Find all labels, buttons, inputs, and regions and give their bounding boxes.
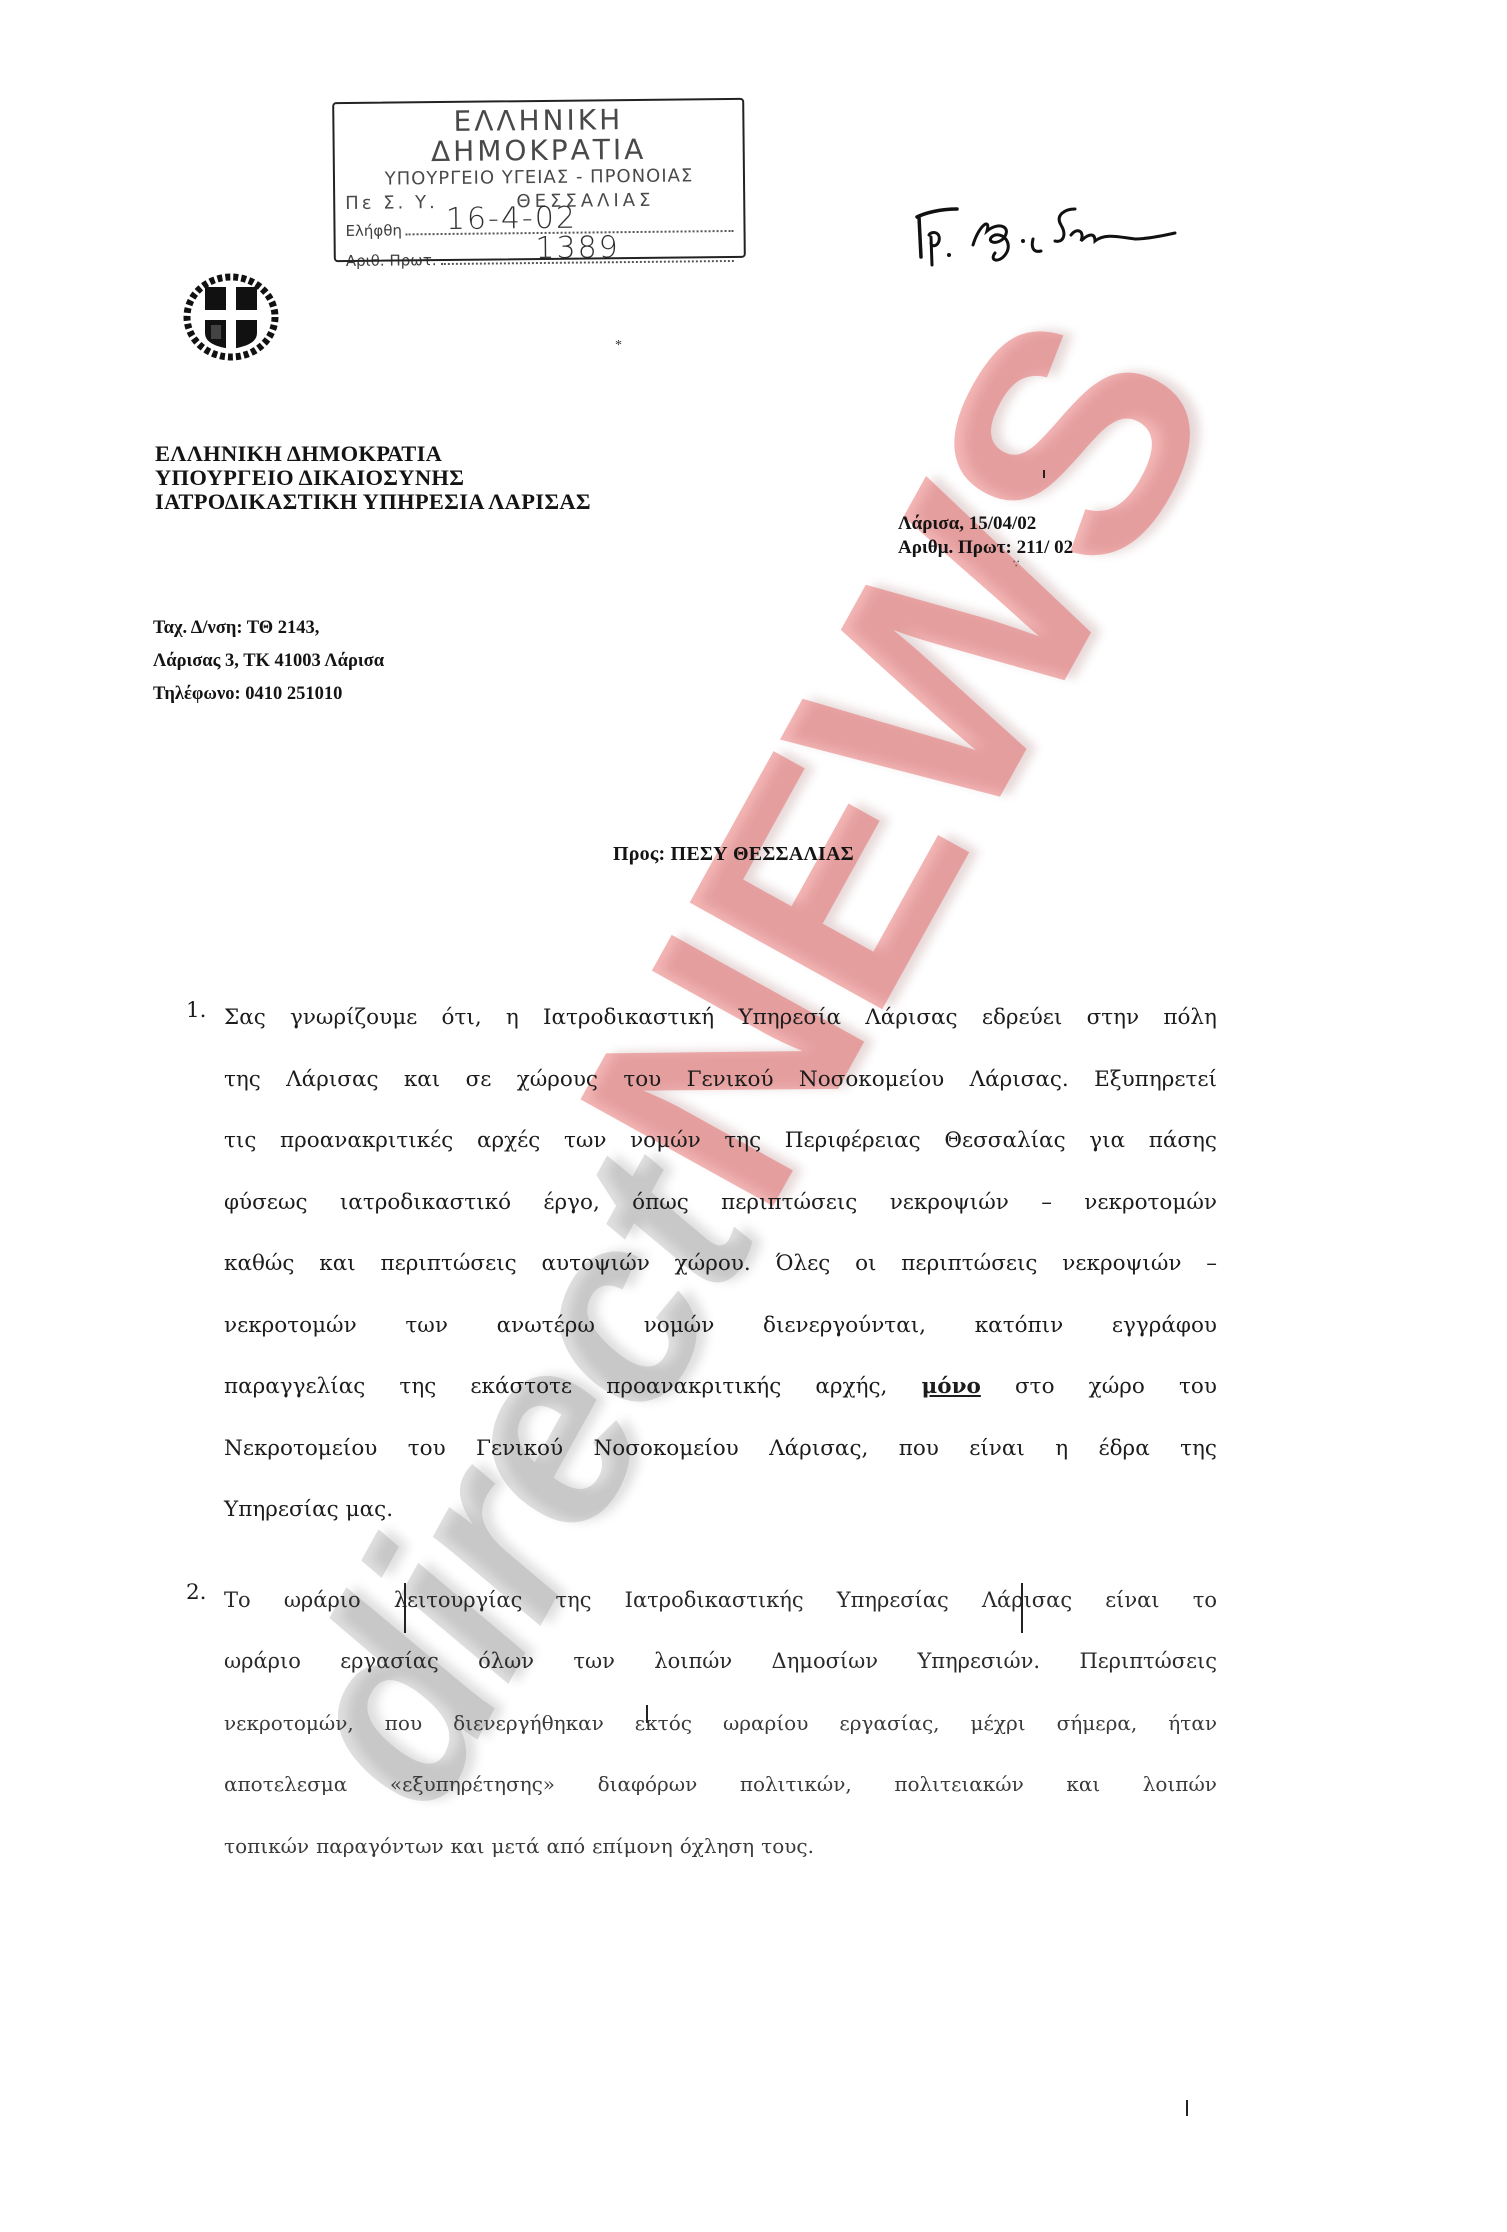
issuer-header: ΕΛΛΗΝΙΚΗ ΔΗΜΟΚΡΑΤΙΑ ΥΠΟΥΡΓΕΙΟ ΔΙΚΑΙΟΣΥΝΗ… xyxy=(155,442,591,514)
paragraph-line: τιςπροανακριτικέςαρχέςτωννομώντηςΠεριφέρ… xyxy=(190,1121,1217,1183)
place-date: Λάρισα, 15/04/02 xyxy=(898,512,1073,536)
paragraph-line: αποτελεσμα«εξυπηρέτησης»διαφόρωνπολιτικώ… xyxy=(190,1764,1217,1826)
stamp-line-1: ΕΛΛΗΝΙΚΗ ΔΗΜΟΚΡΑΤΙΑ xyxy=(344,104,733,168)
scan-mark xyxy=(1021,1583,1023,1633)
paragraph-number: 1. xyxy=(186,998,207,1023)
scan-mark xyxy=(646,1705,648,1723)
scan-mark xyxy=(1186,2100,1188,2116)
paragraph-line: τηςΛάρισαςκαισεχώρουςτουΓενικούΝοσοκομεί… xyxy=(190,1060,1217,1122)
emphasized-word: μόνο xyxy=(922,1367,981,1429)
stamp-protocol-row: Αριθ. Πρωτ. 1389 xyxy=(346,242,734,276)
paragraph-line: νεκροτομών,πουδιενεργήθηκανεκτόςωραρίουε… xyxy=(190,1703,1217,1765)
scan-mark xyxy=(1043,470,1045,478)
paragraph-line: Σαςγνωρίζουμεότι,ηΙατροδικαστικήΥπηρεσία… xyxy=(190,998,1217,1060)
scanned-letter-page: directNEWS ΕΛΛΗΝΙΚΗ ΔΗΜΟΚΡΑΤΙΑ ΥΠΟΥΡΓΕΙΟ… xyxy=(0,0,1507,2232)
reception-stamp: ΕΛΛΗΝΙΚΗ ΔΗΜΟΚΡΑΤΙΑ ΥΠΟΥΡΓΕΙΟ ΥΓΕΙΑΣ - Π… xyxy=(332,98,746,262)
paragraph-line: ΤοωράριολειτουργίαςτηςΙατροδικαστικήςΥπη… xyxy=(190,1580,1217,1642)
paragraph-line: καθώςκαιπεριπτώσειςαυτοψιώνχώρου.Όλεςοιπ… xyxy=(190,1244,1217,1306)
stamp-line-3-left: Πε Σ. Υ. xyxy=(345,192,438,214)
recipient: Προς: ΠΕΣΥ ΘΕΣΣΑΛΙΑΣ xyxy=(613,843,854,866)
paragraph-line: Υπηρεσίαςμας. xyxy=(190,1490,1217,1552)
paragraph-line: παραγγελίαςτηςεκάστοτεπροανακριτικήςαρχή… xyxy=(190,1367,1217,1429)
address-line-3: Τηλέφωνο: 0410 251010 xyxy=(153,678,384,711)
paragraph-line: ωράριοεργασίαςόλωντωνλοιπώνΔημοσίωνΥπηρε… xyxy=(190,1641,1217,1703)
stamp-protocol-label: Αριθ. Πρωτ. xyxy=(346,245,437,276)
paragraph-2: 2. ΤοωράριολειτουργίαςτηςΙατροδικαστικής… xyxy=(190,1580,1217,1888)
issuer-line-2: ΥΠΟΥΡΓΕΙΟ ΔΙΚΑΙΟΣΥΝΗΣ xyxy=(155,466,591,490)
scan-mark xyxy=(404,1583,406,1633)
paragraph-line: ΝεκροτομείουτουΓενικούΝοσοκομείουΛάρισας… xyxy=(190,1429,1217,1491)
address-line-2: Λάρισας 3, ΤΚ 41003 Λάρισα xyxy=(153,645,384,678)
paragraph-line: φύσεωςιατροδικαστικόέργο,όπωςπεριπτώσεις… xyxy=(190,1183,1217,1245)
paragraph-line: νεκροτομώντωνανωτέρωνομώνδιενεργούνται,κ… xyxy=(190,1306,1217,1368)
handwritten-signature-icon xyxy=(895,195,1195,275)
paragraph-line: τοπικώνπαραγόντωνκαιμετάαπόεπίμονηόχληση… xyxy=(190,1826,1217,1888)
postal-address: Ταχ. Δ/νση: ΤΘ 2143, Λάρισας 3, ΤΚ 41003… xyxy=(153,612,384,711)
issuer-line-3: ΙΑΤΡΟΔΙΚΑΣΤΙΚΗ ΥΠΗΡΕΣΙΑ ΛΑΡΙΣΑΣ xyxy=(155,490,591,514)
paragraph-1: 1. Σαςγνωρίζουμεότι,ηΙατροδικαστικήΥπηρε… xyxy=(190,998,1217,1552)
issuer-line-1: ΕΛΛΗΝΙΚΗ ΔΗΜΟΚΡΑΤΙΑ xyxy=(155,442,591,466)
paragraph-number: 2. xyxy=(186,1580,207,1605)
stamp-protocol-number: 1389 xyxy=(535,233,620,264)
address-line-1: Ταχ. Δ/νση: ΤΘ 2143, xyxy=(153,612,384,645)
scan-speck: * xyxy=(615,338,622,354)
stamp-received-label: Ελήφθη xyxy=(345,215,402,246)
greek-coat-of-arms-icon xyxy=(175,265,287,365)
date-protocol-block: Λάρισα, 15/04/02 Αριθμ. Πρωτ: 211/ 02 ∵ xyxy=(898,512,1073,570)
protocol-number: Αριθμ. Πρωτ: 211/ 02 xyxy=(898,536,1073,560)
letter-body: 1. Σαςγνωρίζουμεότι,ηΙατροδικαστικήΥπηρε… xyxy=(190,998,1217,1887)
